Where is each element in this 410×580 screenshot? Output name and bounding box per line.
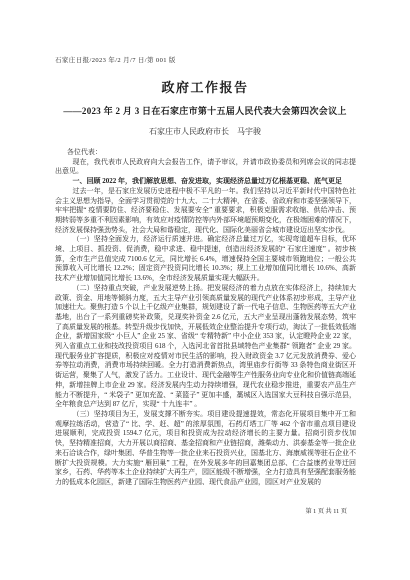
paragraph-overview: 过去一年，是石家庄发展历史进程中极不平凡的一年。我们坚持以习近平新时代中国特色社… [55, 187, 356, 236]
paragraph-item-3-projects: （三）坚持项目为王，发展支撑不断夯实。项目建设提速提效，常态化开展项目集中开工和… [55, 410, 356, 488]
section-heading-review-2022: 一、回顾 2022 年，我们解放思想、奋发进取，实现经济总量过万亿根基更稳、底气… [55, 177, 356, 187]
report-subtitle: ——2023 年 2 月 3 日在石家庄市第十五届人民代表大会第四次会议上 [0, 104, 410, 117]
paragraph-item-1-economy: （一）坚持全面发力，经济运行质速并进。确定经济总量过万亿，实现弯道超车目标，优环… [55, 235, 356, 284]
paragraph-intro: 现在，我代表市人民政府向大会报告工作，请予审议，并请市政协委员和列席会议的同志提… [55, 158, 356, 177]
page-number-footer: 第 1 页 共 11 页 [55, 506, 347, 515]
masthead-source-line: 石家庄日报/2023 年/2 月/7 日/第 001 版 [55, 56, 176, 65]
byline-author: 石家庄市人民政府市长 马宇骏 [0, 126, 410, 137]
paragraph-item-2-industry: （二）坚持重点突破，产业发展逆势上扬。把发展经济的着力点放在实体经济上，持续加大… [55, 284, 356, 410]
report-title: 政府工作报告 [0, 77, 410, 96]
paragraph-salutation: 各位代表： [55, 148, 356, 158]
report-body: 各位代表： 现在，我代表市人民政府向大会报告工作，请予审议，并请市政协委员和列席… [55, 148, 356, 488]
document-page: 石家庄日报/2023 年/2 月/7 日/第 001 版 政府工作报告 ——20… [0, 0, 410, 580]
